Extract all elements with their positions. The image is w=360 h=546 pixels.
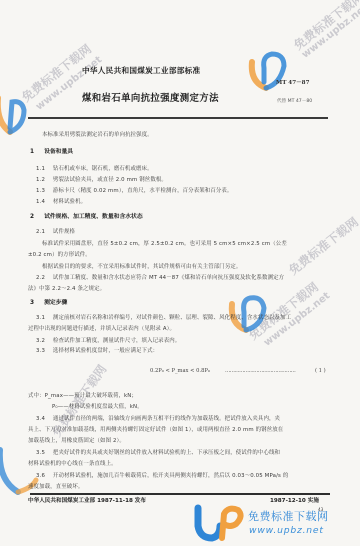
clause-text: 劈裂法试验夹具，或直径 2.0 mm 钢丝数根。: [53, 177, 167, 183]
clause-3-1: 3.1 测定前核对岩石名称和岩样编号，对试件颜色、颗粒、层理、裂隙、风化程度、含…: [36, 313, 291, 321]
formula-label: ( 1 ): [315, 368, 326, 374]
clause-3-6-body: 速度加载，直至破坏。: [28, 482, 83, 490]
clause-text: 开动材料试验机，施加几百牛顿载荷后，松开夹具两侧夹持螺钉，然后以 0.03～0.…: [53, 473, 289, 479]
clause-3-4-body-2: 加载基线上，用橡皮筋固定（如图 2）。: [28, 436, 125, 444]
clause-text: 材料试验机。: [53, 199, 86, 205]
clause-number: 2.1: [36, 229, 45, 235]
legend-symbol: P_max: [45, 393, 63, 399]
clause-text: 试件加工精度、数量和含水状态应符合 MT 44－87《煤和岩石单向抗压强度及软化…: [53, 275, 284, 281]
clause-text: 把夹好试件的夹具或夹好钢丝的试件放入材料试验机的上、下承压板之间，使试件的中心线…: [53, 450, 280, 456]
up-logo-icon: [246, 48, 292, 94]
intro-paragraph: 本标准采用劈裂法测定岩石的单向抗拉强度。: [42, 130, 153, 138]
clause-1-4: 1.4 材料试验机。: [36, 197, 86, 205]
clause-text: 试件规格: [53, 229, 75, 235]
clause-text: 选择材料试验机度盘时，一般应满足下式：: [53, 348, 158, 354]
clause-3-6: 3.6 开动材料试验机，施加几百牛顿载荷后，松开夹具两侧夹持螺钉，然后以 0.0…: [36, 471, 288, 479]
clause-3-5: 3.5 把夹好试件的夹具或夹好钢丝的试件放入材料试验机的上、下承压板之间，使试件…: [36, 448, 280, 456]
clause-text: 测定前核对岩石名称和岩样编号，对试件颜色、颗粒、层理、裂隙、风化程度、含水状态以…: [53, 315, 291, 321]
section-number: 1: [30, 149, 34, 155]
clause-2-1: 2.1 试件规格: [36, 227, 75, 235]
clause-number: 1.1: [36, 166, 45, 172]
clause-2-1-body-3: 根据试验目的的要求，不宜采用标准试件时，其试件规格可由有关主管部门另定。: [42, 262, 241, 270]
clause-number: 3.6: [36, 473, 45, 479]
effective-date: 1987-12-10 实施: [270, 496, 319, 504]
clause-2-1-body-2: ±0.2 cm）的方形试件。: [28, 250, 91, 258]
clause-2-1-body-1: 标准试件采用圆盘形，直径 5±0.2 cm，厚 2.5±0.2 cm。也可采用 …: [42, 239, 287, 247]
header-divider: [28, 117, 328, 119]
clause-number: 1.4: [36, 199, 45, 205]
clause-number: 2.2: [36, 275, 45, 281]
clause-number: 1.2: [36, 177, 45, 183]
clause-1-3: 1.3 游标卡尺（精度 0.02 mm），直角尺，水平检测台，百分表架和百分表。: [36, 186, 232, 194]
clause-2-2: 2.2 试件加工精度、数量和含水状态应符合 MT 44－87《煤和岩石单向抗压强…: [36, 273, 284, 281]
legend-description: ——材料试验机度盘最大值，kN。: [58, 404, 143, 410]
clause-text: 游标卡尺（精度 0.02 mm），直角尺，水平检测台，百分表架和百分表。: [53, 188, 233, 194]
standard-number: MT 47－87: [276, 78, 309, 86]
section-1-heading: 1 设备和量具: [30, 146, 73, 155]
clause-text: 检查试件加工精度，测量试件尺寸，填入记录表内。: [53, 338, 180, 344]
watermark-brand-name: 免费标准下载网: [248, 508, 329, 524]
document-page: 免费标准下载网 www.upbz.net 免费标准下载网 www.upbz.ne…: [0, 0, 360, 546]
clause-3-5-body: 材料试验机的中心线在一条直线上。: [28, 459, 117, 467]
clause-text: 钻石机或车床，锯石机，磨石机或磨床。: [53, 166, 153, 172]
section-3-heading: 3 测定步骤: [30, 297, 67, 306]
clause-1-1: 1.1 钻石机或车床，锯石机，磨石机或磨床。: [36, 164, 153, 172]
clause-number: 1.3: [36, 188, 45, 194]
clause-2-2-body: 法》中第 2.2～2.4 条之规定。: [28, 284, 105, 292]
watermark-text: 免费标准下载网: [286, 215, 360, 278]
clause-number: 3.3: [36, 348, 45, 354]
section-2-heading: 2 试件规格、加工精度、数量和含水状态: [30, 211, 143, 220]
footer-divider: [30, 493, 330, 495]
clause-number: 3.2: [36, 338, 45, 344]
issue-date: 中华人民共和国煤炭工业部 1987-11-18 发布: [28, 496, 146, 504]
clause-text: 通过试件直径的两端，沿轴线方向画两条互相平行的线作为加载基线。把试件放入夹具内，…: [53, 416, 280, 422]
up-logo-icon: [0, 440, 40, 500]
clause-3-4-body-1: 具上、下刀刃对准加载基线，用两侧夹持螺钉固定好试件（如图 1），或用两根直径 2…: [28, 425, 283, 433]
replaces-standard: 代替 MT 47－80: [277, 98, 312, 104]
legend-prefix: 式中：: [28, 393, 45, 399]
legend-description: ——预计最大破坏载荷，kN；: [63, 393, 137, 399]
clause-3-2: 3.2 检查试件加工精度，测量试件尺寸，填入记录表内。: [36, 336, 180, 344]
section-title: 测定步骤: [44, 300, 67, 306]
watermark-brand-url: www.upbz.net: [249, 525, 324, 536]
clause-3-1-body: 过程中出现的问题进行描述，并填入记录表内（见附录 A）。: [28, 324, 175, 332]
formula-legend-line-1: 式中：P_max——预计最大破坏载荷，kN；: [28, 391, 137, 399]
formula-expression: 0.2P₀ < P_max < 0.8P₀: [150, 368, 210, 374]
section-title: 设备和量具: [44, 149, 73, 155]
clause-1-2: 1.2 劈裂法试验夹具，或直径 2.0 mm 钢丝数根。: [36, 175, 167, 183]
up-logo-icon: [192, 502, 246, 542]
watermark-diagonal-mid-right: 免费标准下载网: [285, 213, 360, 278]
clause-number: 3.1: [36, 315, 45, 321]
section-number: 2: [30, 214, 34, 220]
document-title: 煤和岩石单向抗拉强度测定方法: [82, 90, 219, 104]
section-number: 3: [30, 300, 34, 306]
clause-number: 3.5: [36, 450, 45, 456]
clause-3-4: 3.4 通过试件直径的两端，沿轴线方向画两条互相平行的线作为加载基线。把试件放入…: [36, 414, 280, 422]
formula-legend-line-2: P₀——材料试验机度盘最大值，kN。: [52, 402, 143, 410]
issuing-organization: 中华人民共和国煤炭工业部部标准: [82, 65, 200, 76]
clause-number: 3.4: [36, 416, 45, 422]
formula-leader: ………………………………………: [225, 368, 295, 374]
section-title: 试件规格、加工精度、数量和含水状态: [44, 214, 143, 220]
clause-3-3: 3.3 选择材料试验机度盘时，一般应满足下式：: [36, 346, 158, 354]
